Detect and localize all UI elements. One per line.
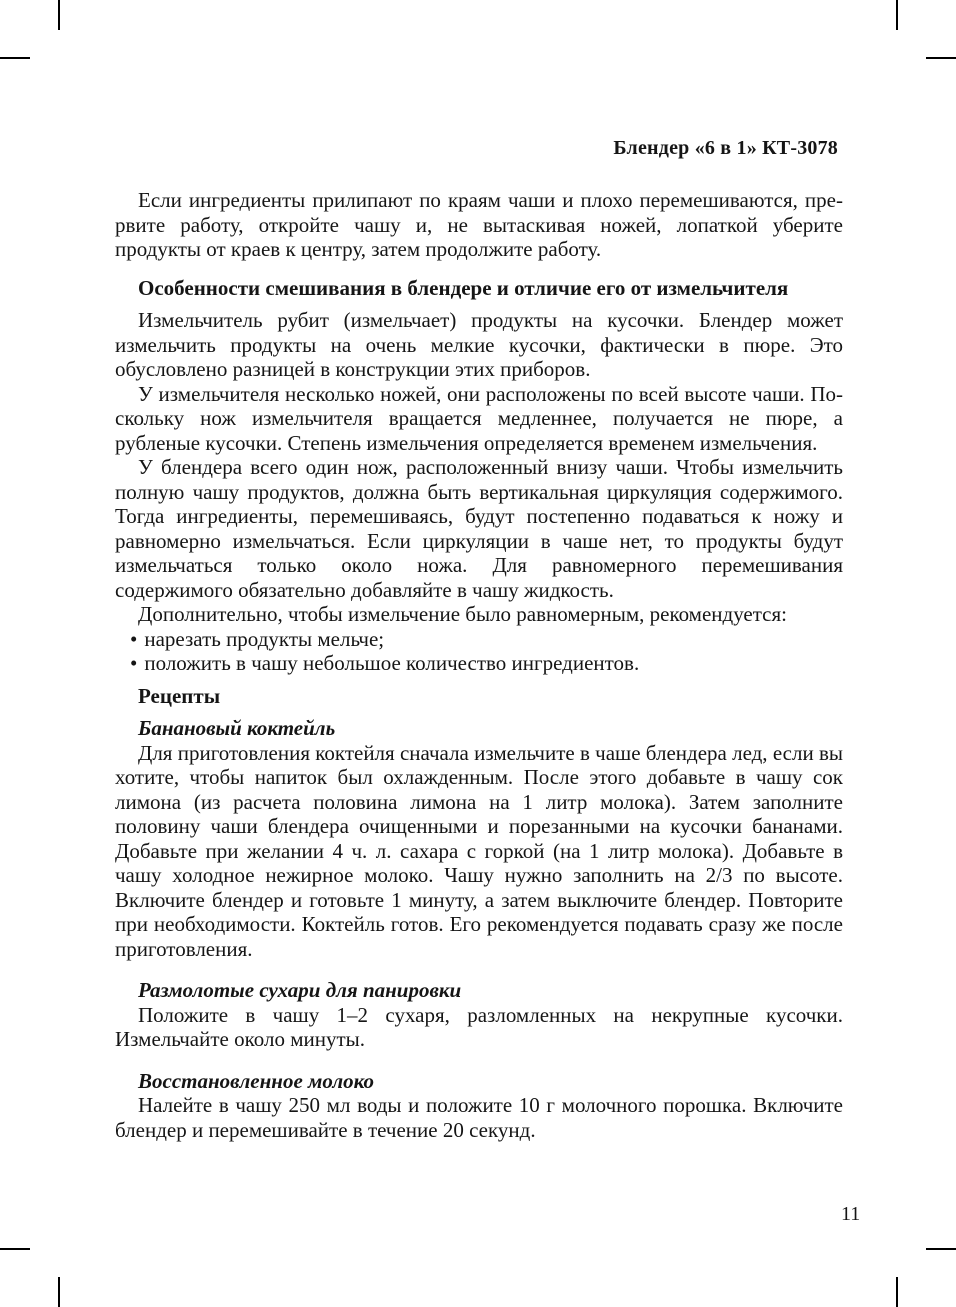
running-header: Блендер «6 в 1» КТ-3078 — [613, 137, 838, 160]
crop-mark-top-right-vertical — [896, 0, 898, 30]
recipe-title-reconstituted-milk: Восстановленное молоко — [115, 1069, 843, 1094]
recipe-title-banana-cocktail: Банановый коктейль — [115, 716, 843, 741]
crop-mark-top-right-horizontal — [926, 57, 956, 59]
recipes-heading: Рецепты — [115, 684, 843, 709]
recipe-body-reconstituted-milk: Налейте в чашу 250 мл воды и положите 10… — [115, 1093, 843, 1142]
crop-mark-top-left-horizontal — [0, 57, 30, 59]
paragraph-blender-knife: У блендера всего один нож, расположенный… — [115, 455, 843, 602]
crop-mark-bottom-left-vertical — [58, 1277, 60, 1307]
crop-mark-bottom-left-horizontal — [0, 1248, 30, 1250]
paragraph-chopper-knives: У измельчителя несколько ножей, они расп… — [115, 382, 843, 456]
list-item-cut-smaller: •нарезать продукты мельче; — [115, 627, 843, 652]
manual-page: Блендер «6 в 1» КТ-3078 Если ингредиенты… — [0, 0, 956, 1307]
recipe-title-breadcrumbs: Размолотые сухари для панировки — [115, 978, 843, 1003]
recipe-body-breadcrumbs: Положите в чашу 1–2 сухаря, разломленных… — [115, 1003, 843, 1052]
paragraph-sticking-ingredients: Если ингредиенты прилипают по краям чаши… — [115, 188, 843, 262]
recipe-body-banana-cocktail: Для приготовления коктейля сначала измел… — [115, 741, 843, 962]
crop-mark-bottom-right-horizontal — [926, 1248, 956, 1250]
bullet-icon: • — [130, 627, 137, 652]
crop-mark-bottom-right-vertical — [896, 1277, 898, 1307]
page-number: 11 — [841, 1203, 865, 1226]
paragraph-chopper-vs-blender: Измельчитель рубит (измельчает) продукты… — [115, 308, 843, 382]
section-heading-blending-features: Особенности смешивания в блендере и отли… — [115, 276, 843, 301]
paragraph-recommendations-intro: Дополнительно, чтобы измельчение было ра… — [115, 602, 843, 627]
page-content: Если ингредиенты прилипают по краям чаши… — [115, 188, 843, 1142]
list-item-small-amount: •положить в чашу небольшое количество ин… — [115, 651, 843, 676]
list-item-text: нарезать продукты мельче; — [144, 627, 384, 651]
list-item-text: положить в чашу небольшое количество инг… — [144, 651, 639, 675]
bullet-icon: • — [130, 651, 137, 676]
crop-mark-top-left-vertical — [58, 0, 60, 30]
